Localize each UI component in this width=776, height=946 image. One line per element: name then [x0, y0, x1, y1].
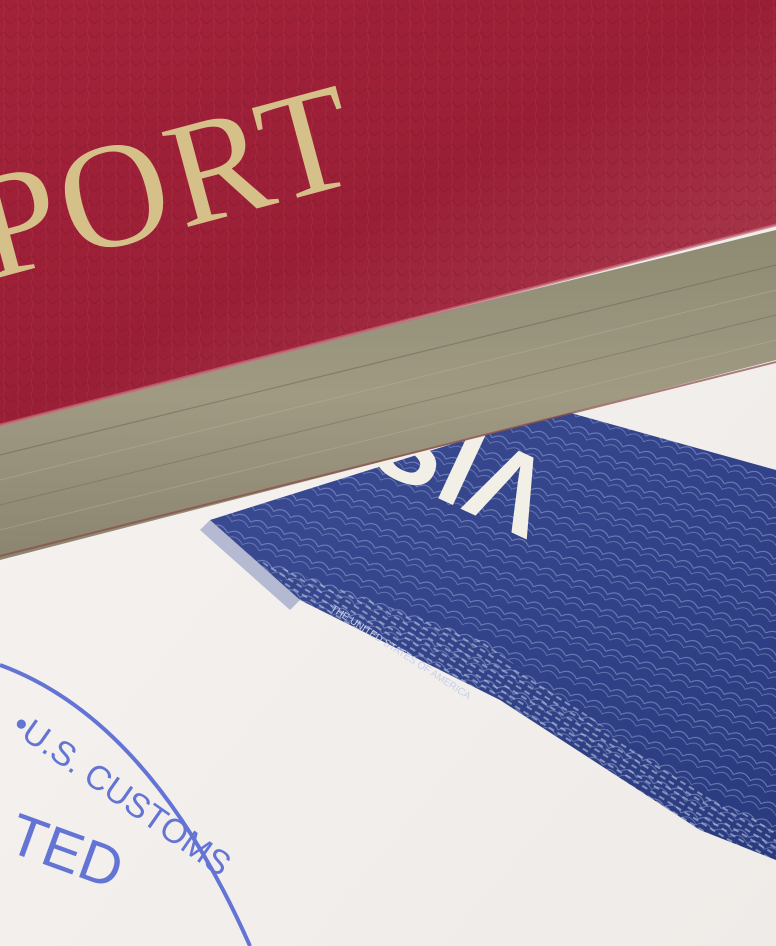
photo-scene: VISA THE UNITED STATES OF AMERICA PORT •… [0, 0, 776, 946]
passport-visa-photo: VISA THE UNITED STATES OF AMERICA PORT •… [0, 0, 776, 946]
